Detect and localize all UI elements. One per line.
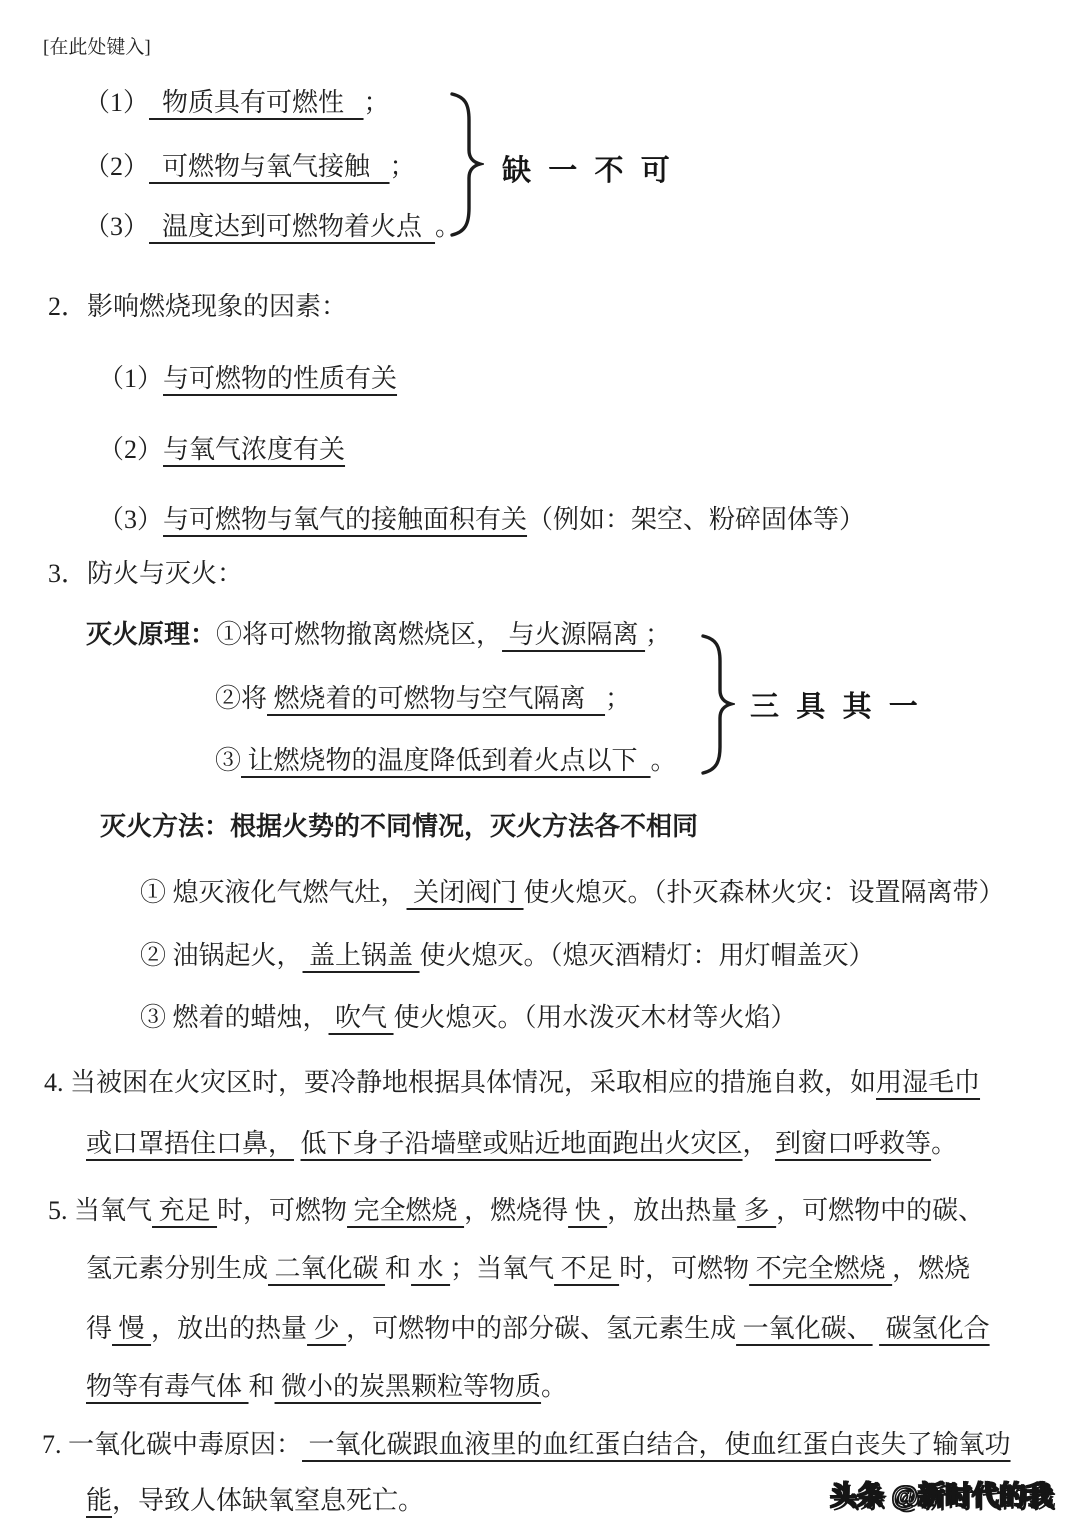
extinguish-method-2: ② 油锅起火， 盖上锅盖 使火熄灭。（熄灭酒精灯：用灯帽盖灭）	[140, 939, 875, 973]
section2-item-3: （3）与可燃物与氧气的接触面积有关（例如：架空、粉碎固体等）	[98, 503, 865, 537]
brace-label-any-of-three: 三 具 其 一	[750, 684, 923, 725]
section2-heading: 2．影响燃烧现象的因素：	[48, 290, 347, 324]
extinguish-principle-line-2: ②将 燃烧着的可燃物与空气隔离 ；	[215, 682, 631, 716]
right-brace-icon	[450, 92, 484, 238]
condition-item-1: （1） 物质具有可燃性 ；	[84, 86, 390, 120]
right-brace-icon	[701, 634, 735, 776]
section7-line-1: 7. 一氧化碳中毒原因： 一氧化碳跟血液里的血红蛋白结合，使血红蛋白丧失了输氧功	[42, 1428, 1011, 1462]
condition-item-2: （2） 可燃物与氧气接触 ；	[84, 150, 416, 184]
document-page: [在此处键入] （1） 物质具有可燃性 ； （2） 可燃物与氧气接触 ； （3）…	[0, 0, 1080, 1527]
section5-line-4: 物等有毒气体 和 微小的炭黑颗粒等物质。	[86, 1370, 567, 1404]
section3-heading: 3．防火与灭火：	[48, 557, 243, 591]
extinguish-methods-heading: 灭火方法：根据火势的不同情况，灭火方法各不相同	[100, 810, 698, 844]
extinguish-method-3: ③ 燃着的蜡烛， 吹气 使火熄灭。（用水泼灭木材等火焰）	[140, 1001, 797, 1035]
section2-item-1: （1）与可燃物的性质有关	[98, 362, 397, 396]
section4-line-2: 或口罩捂住口鼻， 低下身子沿墙壁或贴近地面跑出火灾区， 到窗口呼救等。	[86, 1127, 957, 1161]
extinguish-method-1: ① 熄灭液化气燃气灶， 关闭阀门 使火熄灭。（扑灭森林火灾：设置隔离带）	[140, 876, 1005, 910]
section5-line-3: 得 慢 ，放出的热量 少 ，可燃物中的部分碳、氢元素生成 一氧化碳、 碳氢化合	[86, 1312, 990, 1346]
section7-line-2: 能，导致人体缺氧窒息死亡。	[86, 1484, 424, 1518]
type-here-placeholder[interactable]: [在此处键入]	[43, 36, 151, 61]
extinguish-principle-line-3: ③ 让燃烧物的温度降低到着火点以下 。	[215, 744, 677, 778]
section5-line-2: 氢元素分别生成 二氧化碳 和 水 ；当氧气 不足 时，可燃物 不完全燃烧 ，燃烧	[86, 1252, 970, 1286]
section4-line-1: 4. 当被困在火灾区时，要冷静地根据具体情况，采取相应的措施自救，如用湿毛巾	[44, 1066, 980, 1100]
watermark: 头条 @新时代的我	[830, 1474, 1053, 1513]
condition-item-3: （3） 温度达到可燃物着火点 。	[84, 210, 461, 244]
section5-line-1: 5. 当氧气 充足 时，可燃物 完全燃烧 ，燃烧得 快 ，放出热量 多 ，可燃物…	[48, 1194, 984, 1228]
section2-item-2: （2）与氧气浓度有关	[98, 433, 345, 467]
extinguish-principle-line-1: 灭火原理：①将可燃物撤离燃烧区， 与火源隔离 ；	[86, 618, 671, 652]
brace-label-lack-one: 缺 一 不 可	[502, 148, 675, 189]
